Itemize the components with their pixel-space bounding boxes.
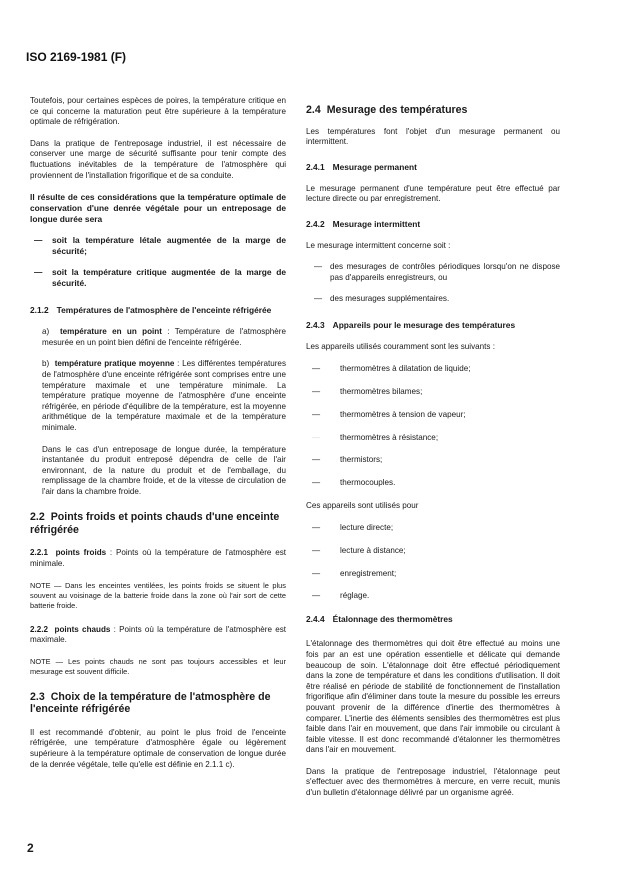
section-heading-2-4-2: 2.4.2Mesurage intermittent: [306, 219, 560, 230]
section-heading-2-1-2: 2.1.2Températures de l'atmosphère de l'e…: [30, 305, 286, 316]
list-item-text: réglage.: [340, 591, 369, 602]
term: température pratique moyenne: [55, 359, 175, 368]
document-id-header: ISO 2169-1981 (F): [26, 50, 126, 64]
term: points froids: [56, 548, 107, 557]
right-column: 2.4Mesurage des températures Les tempéra…: [306, 104, 560, 810]
dash-marker: —: [314, 262, 330, 283]
section-number: 2.2.2: [30, 625, 48, 634]
section-number: 2.4.2: [306, 219, 325, 229]
section-number: 2.3: [30, 691, 45, 703]
paragraph-common-instruments: Les appareils utilisés couramment sont l…: [306, 342, 560, 353]
list-item-text: thermomètres à dilatation de liquide;: [340, 364, 470, 375]
list-item-text: lecture directe;: [340, 523, 393, 534]
section-number: 2.4.3: [306, 320, 325, 330]
section-title: Mesurage permanent: [333, 162, 417, 172]
section-heading-2-4-4: 2.4.4Étalonnage des thermomètres: [306, 614, 560, 625]
list-item: — thermomètres à résistance;: [306, 433, 560, 444]
bullet-periodic-checks: — des mesurages de contrôles périodiques…: [306, 262, 560, 283]
dash-marker: —: [306, 591, 340, 602]
dash-marker: —: [306, 455, 340, 466]
paragraph-conclusion: Il résulte de ces considérations que la …: [30, 192, 286, 225]
list-item: — thermomètres à dilatation de liquide;: [306, 364, 560, 375]
paragraph-intermittent-measurement: Le mesurage intermittent concerne soit :: [306, 241, 560, 252]
dash-marker: —: [306, 523, 340, 534]
list-item-text: thermomètres à tension de vapeur;: [340, 410, 466, 421]
list-item-text: thermomètres à résistance;: [340, 433, 438, 444]
definition-hot-points: 2.2.2 points chauds : Points où la tempé…: [30, 625, 286, 646]
section-number: 2.4: [306, 104, 321, 116]
bullet-text: des mesurages de contrôles périodiques l…: [330, 262, 560, 283]
left-column: Toutefois, pour certaines espèces de poi…: [30, 96, 286, 781]
paragraph-measurement-types: Les températures font l'objet d'un mesur…: [306, 127, 560, 148]
dash-marker: —: [30, 235, 52, 257]
note-hot-points: NOTE — Les points chauds ne sont pas tou…: [30, 657, 286, 677]
list-item: — lecture à distance;: [306, 546, 560, 557]
definition-cold-points: 2.2.1 points froids : Points où la tempé…: [30, 548, 286, 569]
paragraph-pears: Toutefois, pour certaines espèces de poi…: [30, 96, 286, 128]
section-title: Choix de la température de l'atmosphère …: [30, 691, 271, 716]
list-item-text: thermomètres bilames;: [340, 387, 422, 398]
section-heading-2-4-1: 2.4.1Mesurage permanent: [306, 162, 560, 173]
list-item: — thermocouples.: [306, 478, 560, 489]
list-item: — thermomètres bilames;: [306, 387, 560, 398]
section-number: 2.4.4: [306, 614, 325, 624]
section-number: 2.2.1: [30, 548, 48, 557]
list-item: — thermistors;: [306, 455, 560, 466]
dash-marker: —: [306, 546, 340, 557]
definition-average-temperature: b) température pratique moyenne : Les di…: [30, 359, 286, 433]
dash-marker: —: [314, 294, 330, 305]
dash-marker: —: [30, 267, 52, 289]
page-number: 2: [27, 841, 34, 855]
dash-marker: —: [306, 478, 340, 489]
list-item: — réglage.: [306, 591, 560, 602]
section-heading-2-4-3: 2.4.3Appareils pour le mesurage des temp…: [306, 320, 560, 331]
bullet-text: soit la température létale augmentée de …: [52, 235, 286, 257]
section-heading-2-3: 2.3Choix de la température de l'atmosphè…: [30, 691, 286, 716]
paragraph-permanent-measurement: Le mesurage permanent d'une température …: [306, 184, 560, 205]
section-title: Mesurage des températures: [327, 104, 468, 116]
paragraph-calibration: L'étalonnage des thermomètres qui doit ê…: [306, 639, 560, 756]
term: température en un point: [60, 327, 162, 336]
instrument-list: — thermomètres à dilatation de liquide; …: [306, 364, 560, 489]
bullet-additional-measurements: — des mesurages supplémentaires.: [306, 294, 560, 305]
uses-list: — lecture directe; — lecture à distance;…: [306, 523, 560, 602]
paragraph-long-storage: Dans le cas d'un entreposage de longue d…: [30, 445, 286, 498]
bullet-lethal-temperature: — soit la température létale augmentée d…: [30, 235, 286, 257]
section-number: 2.1.2: [30, 305, 49, 315]
bullet-text: des mesurages supplémentaires.: [330, 294, 449, 305]
term: points chauds: [55, 625, 111, 634]
definition-text: : Les différentes températures de l'atmo…: [42, 359, 286, 432]
section-title: Mesurage intermittent: [333, 219, 421, 229]
list-item: — thermomètres à tension de vapeur;: [306, 410, 560, 421]
paragraph-choice-temperature: Il est recommandé d'obtenir, au point le…: [30, 728, 286, 770]
section-title: Étalonnage des thermomètres: [333, 614, 453, 624]
note-cold-points: NOTE — Dans les enceintes ventilées, les…: [30, 581, 286, 611]
bullet-critical-temperature: — soit la température critique augmentée…: [30, 267, 286, 289]
item-label: a): [42, 327, 49, 336]
section-title: Appareils pour le mesurage des températu…: [333, 320, 515, 330]
dash-marker: —: [306, 387, 340, 398]
list-item-text: lecture à distance;: [340, 546, 406, 557]
list-item: — lecture directe;: [306, 523, 560, 534]
section-title: Points froids et points chauds d'une enc…: [30, 511, 279, 536]
paragraph-instrument-uses: Ces appareils sont utilisés pour: [306, 501, 560, 512]
bullet-text: soit la température critique augmentée d…: [52, 267, 286, 289]
dash-marker: —: [306, 410, 340, 421]
definition-point-temperature: a) température en un point : Température…: [30, 327, 286, 348]
list-item-text: enregistrement;: [340, 569, 396, 580]
section-title: Températures de l'atmosphère de l'encein…: [57, 305, 272, 315]
paragraph-calibration-practice: Dans la pratique de l'entreposage indust…: [306, 767, 560, 799]
list-item-text: thermistors;: [340, 455, 382, 466]
list-item-text: thermocouples.: [340, 478, 395, 489]
section-number: 2.4.1: [306, 162, 325, 172]
item-label: b): [42, 359, 49, 368]
list-item: — enregistrement;: [306, 569, 560, 580]
dash-marker: —: [306, 569, 340, 580]
dash-marker: —: [306, 433, 340, 444]
paragraph-safety-margin: Dans la pratique de l'entreposage indust…: [30, 139, 286, 181]
section-heading-2-4: 2.4Mesurage des températures: [306, 104, 560, 117]
dash-marker: —: [306, 364, 340, 375]
section-heading-2-2: 2.2Points froids et points chauds d'une …: [30, 511, 286, 536]
section-number: 2.2: [30, 511, 45, 523]
